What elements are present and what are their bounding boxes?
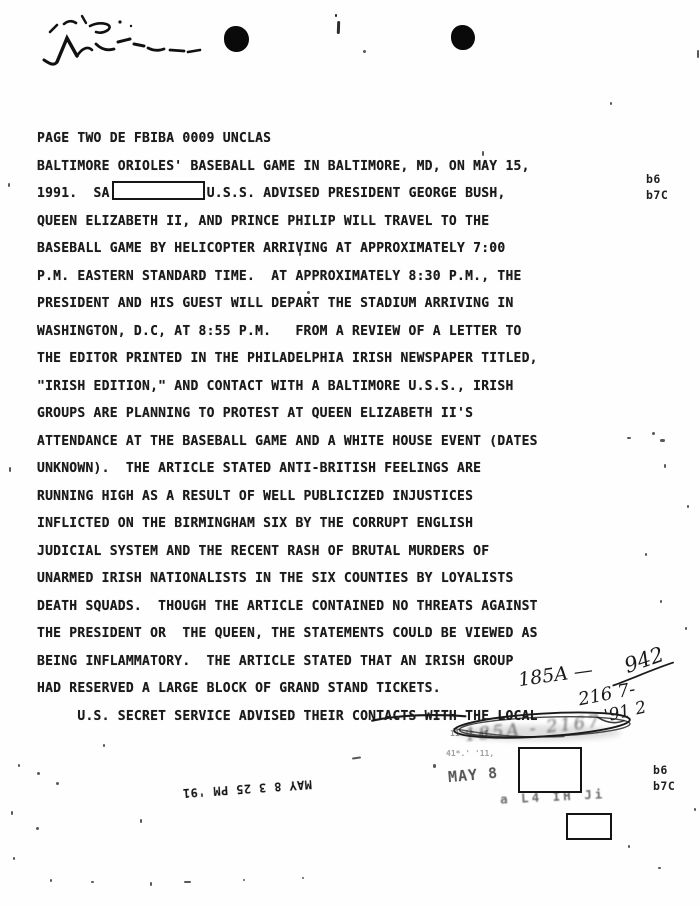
scan-speck: [50, 879, 52, 882]
faint-stamp-fragment-a: 11 1* af,: [450, 729, 493, 738]
code-b7c: b7C: [653, 779, 675, 795]
scan-speck: [645, 553, 647, 556]
document-line: THE EDITOR PRINTED IN THE PHILADELPHIA I…: [37, 345, 657, 373]
document-line: GROUPS ARE PLANNING TO PROTEST AT QUEEN …: [37, 400, 657, 428]
document-line: ATTENDANCE AT THE BASEBALL GAME AND A WH…: [37, 428, 657, 456]
scan-speck: [363, 50, 366, 53]
scan-speck: [302, 877, 304, 879]
document-line: P.M. EASTERN STANDARD TIME. AT APPROXIMA…: [37, 263, 657, 291]
scan-speck: [9, 467, 11, 472]
scan-speck: [658, 867, 661, 869]
document-line: BALTIMORE ORIOLES' BASEBALL GAME IN BALT…: [37, 153, 657, 181]
code-b6: b6: [653, 763, 675, 779]
scan-speck: [627, 437, 631, 439]
redaction-box-inline: [112, 181, 205, 200]
hole-punch-right: [451, 25, 475, 50]
document-line: PAGE TWO DE FBIBA 0009 UNCLAS: [37, 125, 657, 153]
scan-speck: [36, 827, 39, 830]
document-line: RUNNING HIGH AS A RESULT OF WELL PUBLICI…: [37, 483, 657, 511]
scan-speck: [482, 151, 484, 156]
faint-stamp-fragment-b: 41*.' '11,: [446, 749, 494, 758]
scan-speck: [299, 252, 301, 256]
scan-speck: [13, 857, 15, 860]
handwritten-circled-scribble: 185A - 2167: [340, 645, 700, 755]
line-text-before-redaction: 1991. SA: [37, 186, 110, 201]
received-date-stamp-rotated: MAY 8 3 25 PM '91: [172, 776, 313, 802]
scan-speck: [103, 744, 105, 747]
hole-punch-left: [224, 26, 249, 52]
top-center-ink-dot: [335, 14, 337, 17]
scan-speck: [352, 756, 361, 759]
document-line: DEATH SQUADS. THOUGH THE ARTICLE CONTAIN…: [37, 593, 657, 621]
code-b6: b6: [646, 172, 668, 188]
redaction-box-small: [566, 813, 612, 840]
scan-speck: [433, 764, 436, 768]
line-text-after-redaction: U.S.S. ADVISED PRESIDENT GEORGE BUSH,: [207, 186, 506, 201]
scan-speck: [660, 600, 662, 603]
code-b7c: b7C: [646, 188, 668, 204]
scan-speck: [140, 819, 142, 823]
handwritten-scribble: [30, 8, 220, 70]
scan-speck: [628, 845, 630, 848]
scan-speck: [697, 50, 699, 58]
scan-speck: [307, 291, 310, 294]
scan-speck: [687, 505, 689, 508]
document-line: JUDICIAL SYSTEM AND THE RECENT RASH OF B…: [37, 538, 657, 566]
scan-speck: [11, 811, 13, 815]
scan-speck: [660, 439, 665, 442]
document-line: UNKNOWN). THE ARTICLE STATED ANTI-BRITIS…: [37, 455, 657, 483]
classification-code-bottom: b6 b7C: [653, 763, 675, 795]
classification-code-top: b6 b7C: [646, 172, 668, 204]
scan-speck: [652, 432, 655, 435]
redaction-box-stamp-area: [518, 747, 582, 793]
scan-speck: [18, 764, 20, 767]
document-line: "IRISH EDITION," AND CONTACT WITH A BALT…: [37, 373, 657, 401]
document-line: INFLICTED ON THE BIRMINGHAM SIX BY THE C…: [37, 510, 657, 538]
scan-speck: [694, 808, 696, 811]
document-line: WASHINGTON, D.C, AT 8:55 P.M. FROM A REV…: [37, 318, 657, 346]
document-line: THE PRESIDENT OR THE QUEEN, THE STATEMEN…: [37, 620, 657, 648]
scan-speck: [243, 879, 245, 881]
document-line: 1991. SAU.S.S. ADVISED PRESIDENT GEORGE …: [37, 180, 657, 208]
top-center-ink-dash: [337, 21, 340, 34]
document-line: BASEBALL GAME BY HELICOPTER ARRIVING AT …: [37, 235, 657, 263]
scan-speck: [91, 881, 94, 883]
document-lines: PAGE TWO DE FBIBA 0009 UNCLASBALTIMORE O…: [37, 125, 657, 730]
scan-speck: [184, 881, 191, 883]
scanned-document-page: PAGE TWO DE FBIBA 0009 UNCLASBALTIMORE O…: [0, 0, 700, 906]
scan-speck: [8, 183, 10, 187]
faint-stamp-may8: MAY 8: [447, 764, 499, 786]
scan-speck: [664, 464, 666, 468]
scan-speck: [56, 782, 59, 785]
scan-speck: [610, 102, 612, 105]
scan-speck: [685, 627, 687, 630]
scan-speck: [150, 882, 152, 886]
document-line: QUEEN ELIZABETH II, AND PRINCE PHILIP WI…: [37, 208, 657, 236]
document-line: PRESIDENT AND HIS GUEST WILL DEPART THE …: [37, 290, 657, 318]
document-line: UNARMED IRISH NATIONALISTS IN THE SIX CO…: [37, 565, 657, 593]
scan-speck: [37, 772, 40, 775]
